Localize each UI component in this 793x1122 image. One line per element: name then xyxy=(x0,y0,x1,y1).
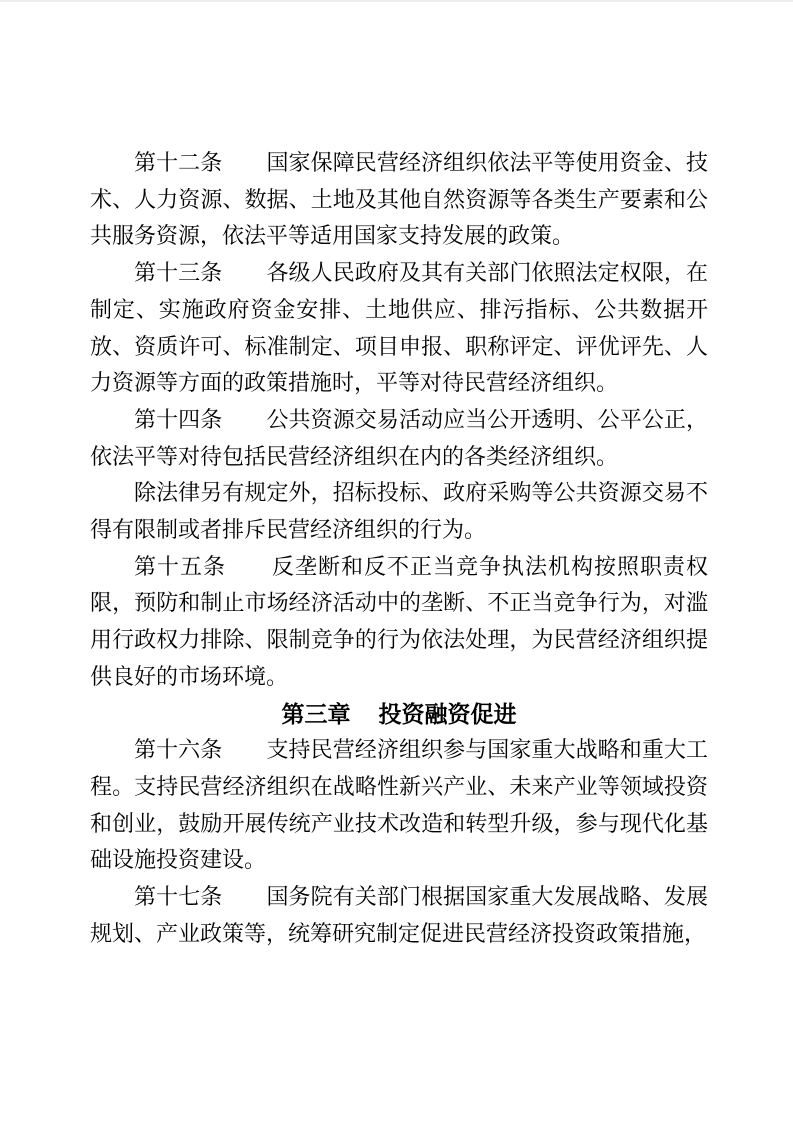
article-paragraph-17: 第十七条 国务院有关部门根据国家重大发展战略、发展规划、产业政策等，统筹研究制定… xyxy=(90,879,708,952)
article-paragraph-13: 第十三条 各级人民政府及其有关部门依照法定权限，在制定、实施政府资金安排、土地供… xyxy=(90,255,708,402)
article-paragraph-14-continuation: 除法律另有规定外，招标投标、政府采购等公共资源交易不得有限制或者排斥民营经济组织… xyxy=(90,475,708,548)
article-paragraph-12: 第十二条 国家保障民营经济组织依法平等使用资金、技术、人力资源、数据、土地及其他… xyxy=(90,145,708,255)
article-paragraph-15: 第十五条 反垄断和反不正当竞争执法机构按照职责权限，预防和制止市场经济活动中的垄… xyxy=(90,549,708,696)
page-top-edge xyxy=(0,0,793,2)
article-paragraph-14: 第十四条 公共资源交易活动应当公开透明、公平公正，依法平等对待包括民营经济组织在… xyxy=(90,402,708,475)
document-page: 第十二条 国家保障民营经济组织依法平等使用资金、技术、人力资源、数据、土地及其他… xyxy=(0,0,793,1122)
chapter-heading: 第三章投资融资促进 xyxy=(90,696,708,733)
article-paragraph-16: 第十六条 支持民营经济组织参与国家重大战略和重大工程。支持民营经济组织在战略性新… xyxy=(90,732,708,879)
chapter-title: 投资融资促进 xyxy=(379,701,517,727)
document-content: 第十二条 国家保障民营经济组织依法平等使用资金、技术、人力资源、数据、土地及其他… xyxy=(90,145,708,952)
chapter-number: 第三章 xyxy=(282,701,351,727)
